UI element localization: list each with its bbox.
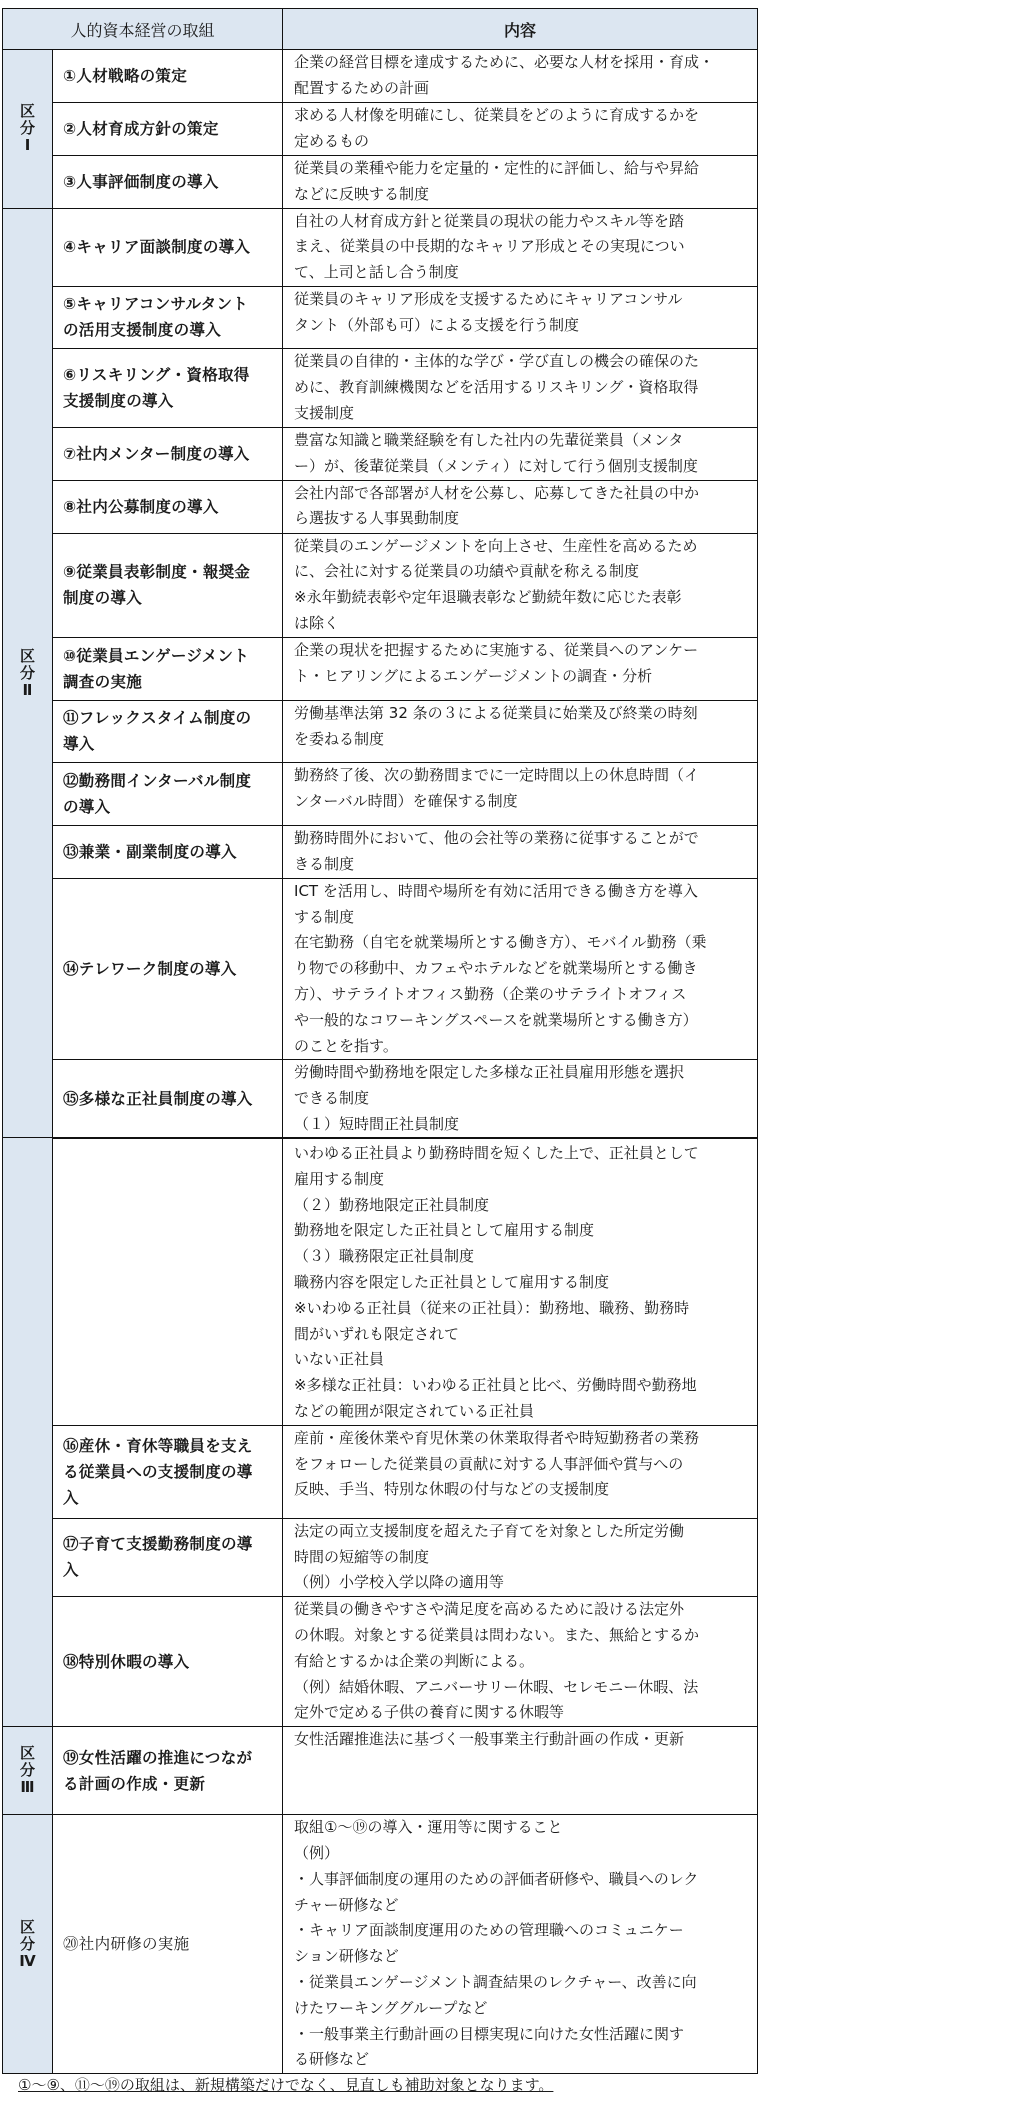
content-17: 法定の両立支援制度を超えた子育てを対象とした所定労働時間の短縮等の制度（例）小学… [283,1518,758,1596]
category-2-continued [3,1138,53,1727]
item-14: ⑭テレワーク制度の導入 [53,878,283,1060]
category-4: 区分Ⅳ [3,1815,53,2074]
item-19: ⑲女性活躍の推進につながる計画の作成・更新 [53,1727,283,1815]
category-3: 区分Ⅲ [3,1727,53,1815]
content-20: 取組①～⑲の導入・運用等に関すること（例）・人事評価制度の運用のための評価者研修… [283,1815,758,2074]
content-1: 企業の経営目標を達成するために、必要な人材を採用・育成・配置するための計画 [283,50,758,103]
content-2: 求める人材像を明確にし、従業員をどのように育成するかを定めるもの [283,103,758,156]
item-13: ⑬兼業・副業制度の導入 [53,825,283,878]
content-11: 労働基準法第 32 条の３による従業員に始業及び終業の時刻を委ねる制度 [283,700,758,762]
measures-table-part-2: いわゆる正社員より勤務時間を短くした上で、正社員として雇用する制度（２）勤務地限… [2,1137,758,2074]
item-2: ②人材育成方針の策定 [53,103,283,156]
content-4: 自社の人材育成方針と従業員の現状の能力やスキル等を踏まえ、従業員の中長期的なキャ… [283,208,758,286]
content-3: 従業員の業種や能力を定量的・定性的に評価し、給与や昇給などに反映する制度 [283,156,758,209]
content-8: 会社内部で各部署が人材を公募し、応募してきた社員の中から選抜する人事異動制度 [283,480,758,533]
item-7: ⑦社内メンター制度の導入 [53,427,283,480]
item-6: ⑥リスキリング・資格取得支援制度の導入 [53,348,283,427]
content-9: 従業員のエンゲージメントを向上させ、生産性を高めるために、会社に対する従業員の功… [283,533,758,637]
item-3: ③人事評価制度の導入 [53,156,283,209]
category-1: 区分Ⅰ [3,50,53,209]
content-6: 従業員の自律的・主体的な学び・学び直しの機会の確保のために、教育訓練機関などを活… [283,348,758,427]
item-17: ⑰子育て支援勤務制度の導入 [53,1518,283,1596]
item-18: ⑱特別休暇の導入 [53,1597,283,1727]
footnote-review-eligibility: ①～⑨、⑪～⑲の取組は、新規構築だけでなく、見直しも補助対象となります。 [18,2074,553,2095]
content-12: 勤務終了後、次の勤務間までに一定時間以上の休息時間（インターバル時間）を確保する… [283,762,758,825]
category-2: 区分Ⅱ [3,208,53,1139]
content-10: 企業の現状を把握するために実施する、従業員へのアンケート・ヒアリングによるエンゲ… [283,637,758,700]
item-20: ⑳社内研修の実施 [53,1815,283,2074]
content-7: 豊富な知識と職業経験を有した社内の先輩従業員（メンター）が、後輩従業員（メンティ… [283,427,758,480]
measures-table-part-1: 人的資本経営の取組 内容 区分Ⅰ ①人材戦略の策定 企業の経営目標を達成するため… [2,8,758,1139]
item-16: ⑯産休・育休等職員を支える従業員への支援制度の導入 [53,1425,283,1518]
item-9: ⑨従業員表彰制度・報奨金制度の導入 [53,533,283,637]
item-10: ⑩従業員エンゲージメント調査の実施 [53,637,283,700]
content-19: 女性活躍推進法に基づく一般事業主行動計画の作成・更新 [283,1727,758,1815]
item-15: ⑮多様な正社員制度の導入 [53,1060,283,1139]
content-16: 産前・産後休業や育児休業の休業取得者や時短勤務者の業務をフォローした従業員の貢献… [283,1425,758,1518]
content-14: ICT を活用し、時間や場所を有効に活用できる働き方を導入する制度在宅勤務（自宅… [283,878,758,1060]
content-13: 勤務時間外において、他の会社等の業務に従事することができる制度 [283,825,758,878]
item-5: ⑤キャリアコンサルタントの活用支援制度の導入 [53,286,283,348]
item-11: ⑪フレックスタイム制度の導入 [53,700,283,762]
header-content: 内容 [283,9,758,50]
header-measures: 人的資本経営の取組 [3,9,283,50]
content-15-part-1: 労働時間や勤務地を限定した多様な正社員雇用形態を選択できる制度（１）短時間正社員… [283,1060,758,1139]
item-1: ①人材戦略の策定 [53,50,283,103]
item-15-continued [53,1138,283,1426]
content-15-part-2: いわゆる正社員より勤務時間を短くした上で、正社員として雇用する制度（２）勤務地限… [283,1138,758,1426]
item-4: ④キャリア面談制度の導入 [53,208,283,286]
item-12: ⑫勤務間インターバル制度の導入 [53,762,283,825]
item-8: ⑧社内公募制度の導入 [53,480,283,533]
content-5: 従業員のキャリア形成を支援するためにキャリアコンサルタント（外部も可）による支援… [283,286,758,348]
content-18: 従業員の働きやすさや満足度を高めるために設ける法定外の休暇。対象とする従業員は問… [283,1597,758,1727]
